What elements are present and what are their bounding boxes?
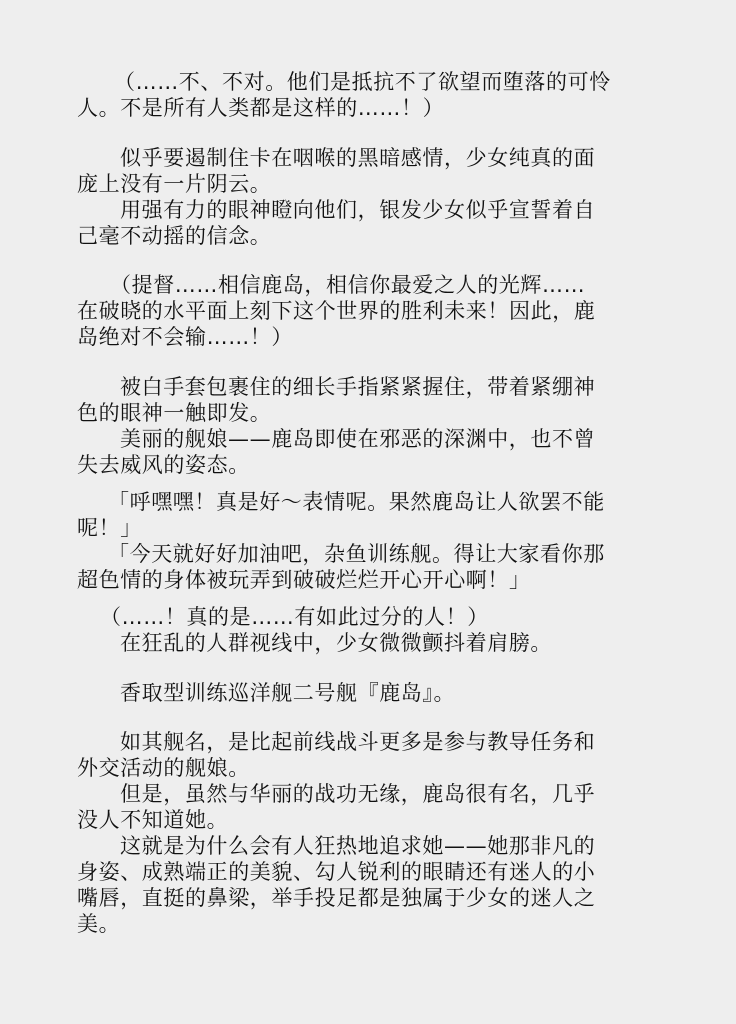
text-line: 美。 xyxy=(77,911,120,937)
text-line: （……！真的是……有如此过分的人！） xyxy=(100,604,489,630)
text-line: 似乎要遏制住卡在咽喉的黑暗感情，少女纯真的面 xyxy=(120,145,595,171)
document-page: （……不、不对。他们是抵抗不了欲望而堕落的可怜人。不是所有人类都是这样的……！）… xyxy=(0,0,736,1024)
text-line: 香取型训练巡洋舰二号舰『鹿岛』。 xyxy=(120,680,455,706)
text-line: （……不、不对。他们是抵抗不了欲望而堕落的可怜 xyxy=(114,69,611,95)
text-line: 嘴唇，直挺的鼻梁，举手投足都是独属于少女的迷人之 xyxy=(77,885,595,911)
text-line: 被白手套包裹住的细长手指紧紧握住，带着紧绷神 xyxy=(120,374,595,400)
text-line: 「今天就好好加油吧，杂鱼训练舰。得让大家看你那 xyxy=(108,541,605,567)
text-line: 失去威风的姿态。 xyxy=(77,452,250,478)
text-line: 庞上没有一片阴云。 xyxy=(77,171,271,197)
text-line: 在狂乱的人群视线中，少女微微颤抖着肩膀。 xyxy=(120,630,552,656)
text-line: 没人不知道她。 xyxy=(77,807,228,833)
text-line: 这就是为什么会有人狂热地追求她——她那非凡的 xyxy=(120,833,595,859)
text-line: 色的眼神一触即发。 xyxy=(77,400,271,426)
text-line: 美丽的舰娘——鹿岛即使在邪恶的深渊中，也不曾 xyxy=(120,426,595,452)
text-line: 「呼嘿嘿！真是好～表情呢。果然鹿岛让人欲罢不能 xyxy=(108,489,605,515)
text-line: 身姿、成熟端正的美貌、勾人锐利的眼睛还有迷人的小 xyxy=(77,859,595,885)
text-line: 在破晓的水平面上刻下这个世界的胜利未来！因此，鹿 xyxy=(77,298,595,324)
text-line: 如其舰名，是比起前线战斗更多是参与教导任务和 xyxy=(120,729,595,755)
text-line: 外交活动的舰娘。 xyxy=(77,755,250,781)
text-line: 己毫不动摇的信念。 xyxy=(77,223,271,249)
text-line: 呢！」 xyxy=(77,515,142,541)
text-line: 人。不是所有人类都是这样的……！） xyxy=(77,95,444,121)
text-line: 超色情的身体被玩弄到破破烂烂开心开心啊！」 xyxy=(77,567,531,593)
text-line: （提督……相信鹿岛，相信你最爱之人的光辉…… xyxy=(110,272,585,298)
text-line: 用强有力的眼神瞪向他们，银发少女似乎宣誓着自 xyxy=(120,197,595,223)
text-line: 但是，虽然与华丽的战功无缘，鹿岛很有名，几乎 xyxy=(120,781,595,807)
text-line: 岛绝对不会输……！） xyxy=(77,324,293,350)
